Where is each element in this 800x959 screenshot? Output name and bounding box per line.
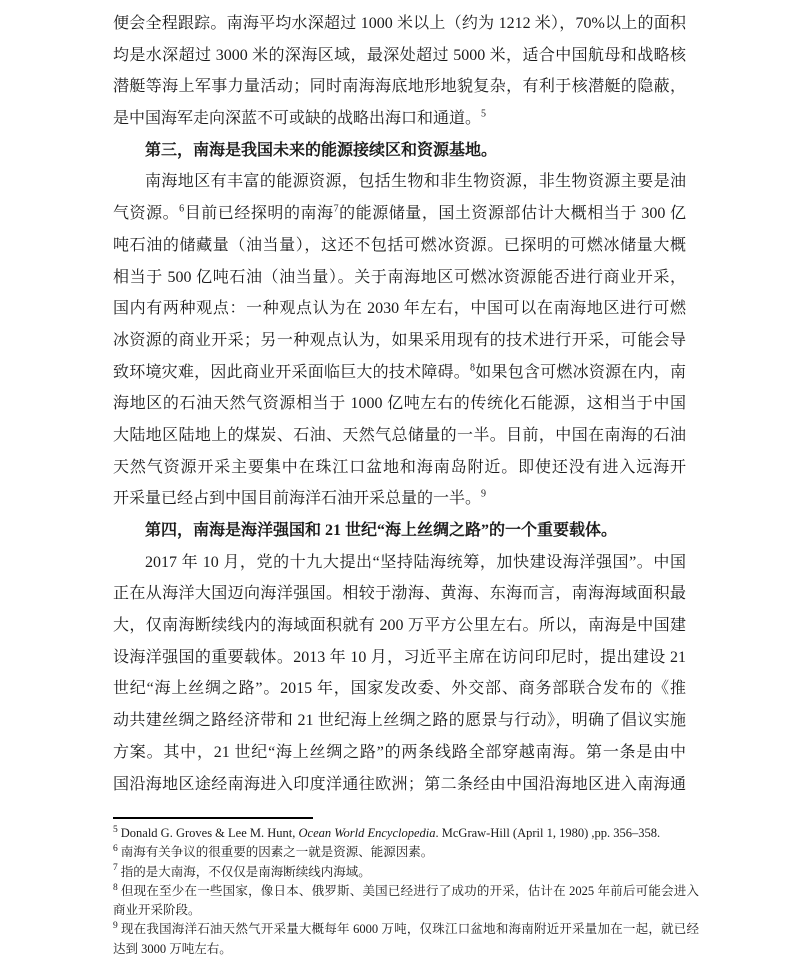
text-run: 海地区的石油天然气资源相当于 1000 亿吨左右的传统化石能源，这相当于中国 bbox=[113, 395, 686, 412]
text-line: 均是水深超过 3000 米的深海区域，最深处超过 5000 米，适合中国航母和战… bbox=[113, 40, 686, 72]
text-line: 潜艇等海上军事力量活动；同时南海海底地形地貌复杂，有利于核潜艇的隐蔽， bbox=[113, 71, 686, 103]
text-line: 正在从海洋大国迈向海洋强国。相较于渤海、黄海、东海而言，南海海域面积最 bbox=[113, 578, 686, 610]
text-run: 2017 年 10 月，党的十九大提出“坚持陆海统筹，加快建设海洋强国”。中国 bbox=[145, 554, 686, 571]
footnote-number: 9 bbox=[113, 921, 118, 931]
text-run: . McGraw-Hill (April 1, 1980) ,pp. 356–3… bbox=[436, 826, 661, 840]
text-run: 大，仅南海断续线内的海域面积就有 200 万平方公里左右。所以，南海是中国建 bbox=[113, 617, 686, 634]
italic-text: Ocean World Encyclopedia bbox=[299, 826, 436, 840]
text-line: 吨石油的储藏量（油当量），这还不包括可燃冰资源。已探明的可燃冰储量大概 bbox=[113, 230, 686, 262]
text-line: 气资源。6目前已经探明的南海7的能源储量，国土资源部估计大概相当于 300 亿 bbox=[113, 198, 686, 230]
text-run: 的能源储量，国土资源部估计大概相当于 300 亿 bbox=[339, 205, 686, 222]
text-line: 开采量已经占到中国目前海洋石油开采总量的一半。9 bbox=[113, 483, 686, 515]
footnote-item: 8但现在至少在一些国家，像日本、俄罗斯、美国已经进行了成功的开采，估计在 202… bbox=[113, 882, 699, 921]
text-line: 国内有两种观点：一种观点认为在 2030 年左右，中国可以在南海地区进行可燃 bbox=[113, 293, 686, 325]
text-run: 世纪“海上丝绸之路”。2015 年，国家发改委、外交部、商务部联合发布的《推 bbox=[113, 680, 686, 697]
text-run: 方案。其中，21 世纪“海上丝绸之路”的两条线路全部穿越南海。第一条是由中 bbox=[113, 744, 686, 761]
text-line: 世纪“海上丝绸之路”。2015 年，国家发改委、外交部、商务部联合发布的《推 bbox=[113, 673, 686, 705]
text-run: 相当于 500 亿吨石油（油当量）。关于南海地区可燃冰资源能否进行商业开采， bbox=[113, 269, 686, 286]
document-page: 便会全程跟踪。南海平均水深超过 1000 米以上（约为 1212 米），70%以… bbox=[0, 0, 800, 959]
text-run: 大陆地区陆地上的煤炭、石油、天然气总储量的一半。目前，中国在南海的石油 bbox=[113, 427, 686, 444]
text-run: 第三，南海是我国未来的能源接续区和资源基地。 bbox=[145, 142, 497, 159]
footnote-separator bbox=[113, 817, 313, 819]
paragraph: 便会全程跟踪。南海平均水深超过 1000 米以上（约为 1212 米），70%以… bbox=[113, 8, 686, 135]
text-line: 冰资源的商业开采；另一种观点认为，如果采用现有的技术进行开采，可能会导 bbox=[113, 325, 686, 357]
text-line: 动共建丝绸之路经济带和 21 世纪海上丝绸之路的愿景与行动》，明确了倡议实施 bbox=[113, 705, 686, 737]
text-line: 国沿海地区途经南海进入印度洋通往欧洲；第二条经由中国沿海地区进入南海通 bbox=[113, 769, 686, 801]
section-heading: 第四，南海是海洋强国和 21 世纪“海上丝绸之路”的一个重要载体。 bbox=[113, 515, 686, 547]
text-run: 正在从海洋大国迈向海洋强国。相较于渤海、黄海、东海而言，南海海域面积最 bbox=[113, 585, 686, 602]
footnote-ref: 5 bbox=[481, 109, 486, 120]
text-line: 大，仅南海断续线内的海域面积就有 200 万平方公里左右。所以，南海是中国建 bbox=[113, 610, 686, 642]
text-line: 第四，南海是海洋强国和 21 世纪“海上丝绸之路”的一个重要载体。 bbox=[113, 515, 686, 547]
text-run: 便会全程跟踪。南海平均水深超过 1000 米以上（约为 1212 米），70%以… bbox=[113, 15, 686, 32]
paragraph: 2017 年 10 月，党的十九大提出“坚持陆海统筹，加快建设海洋强国”。中国正… bbox=[113, 547, 686, 801]
text-run: 天然气资源开采主要集中在珠江口盆地和海南岛附近。即使还没有进入远海开发， bbox=[113, 459, 686, 484]
text-run: 南海地区有丰富的能源资源，包括生物和非生物资源，非生物资源主要是油 bbox=[145, 173, 686, 190]
text-line: 方案。其中，21 世纪“海上丝绸之路”的两条线路全部穿越南海。第一条是由中 bbox=[113, 737, 686, 769]
text-run: 国沿海地区途经南海进入印度洋通往欧洲；第二条经由中国沿海地区进入南海通 bbox=[113, 776, 686, 793]
footnote-number: 8 bbox=[113, 883, 118, 893]
text-run: 冰资源的商业开采；另一种观点认为，如果采用现有的技术进行开采，可能会导 bbox=[113, 332, 686, 349]
text-run: 南海有关争议的很重要的因素之一就是资源、能源因素。 bbox=[121, 845, 434, 859]
section-heading: 第三，南海是我国未来的能源接续区和资源基地。 bbox=[113, 135, 686, 167]
text-line: 南海地区有丰富的能源资源，包括生物和非生物资源，非生物资源主要是油 bbox=[113, 166, 686, 198]
text-run: 目前已经探明的南海 bbox=[184, 205, 333, 222]
text-run: 但现在至少在一些国家，像日本、俄罗斯、美国已经进行了成功的开采，估计在 2025… bbox=[113, 884, 699, 917]
text-line: 致环境灾难，因此商业开采面临巨大的技术障碍。8如果包含可燃冰资源在内，南 bbox=[113, 357, 686, 389]
text-line: 第三，南海是我国未来的能源接续区和资源基地。 bbox=[113, 135, 686, 167]
footnote-item: 5Donald G. Groves & Lee M. Hunt, Ocean W… bbox=[113, 824, 699, 843]
text-run: 如果包含可燃冰资源在内，南 bbox=[475, 364, 686, 381]
text-run: 气资源。 bbox=[113, 205, 179, 222]
text-run: 指的是大南海，不仅仅是南海断续线内海域。 bbox=[121, 865, 371, 879]
text-run: 动共建丝绸之路经济带和 21 世纪海上丝绸之路的愿景与行动》，明确了倡议实施 bbox=[113, 712, 686, 729]
text-run: 潜艇等海上军事力量活动；同时南海海底地形地貌复杂，有利于核潜艇的隐蔽， bbox=[113, 78, 686, 95]
footnote-number: 6 bbox=[113, 844, 118, 854]
text-run: 吨石油的储藏量（油当量），这还不包括可燃冰资源。已探明的可燃冰储量大概 bbox=[113, 237, 686, 254]
text-run: 国内有两种观点：一种观点认为在 2030 年左右，中国可以在南海地区进行可燃 bbox=[113, 300, 686, 317]
text-run: 是中国海军走向深蓝不可或缺的战略出海口和通道。 bbox=[113, 110, 481, 127]
text-line: 便会全程跟踪。南海平均水深超过 1000 米以上（约为 1212 米），70%以… bbox=[113, 8, 686, 40]
text-run: 现在我国海洋石油天然气开采量大概每年 6000 万吨，仅珠江口盆地和海南附近开采… bbox=[113, 922, 699, 955]
footnote-item: 6南海有关争议的很重要的因素之一就是资源、能源因素。 bbox=[113, 843, 699, 862]
footnote-ref: 9 bbox=[481, 489, 486, 500]
footnote-item: 9现在我国海洋石油天然气开采量大概每年 6000 万吨，仅珠江口盆地和海南附近开… bbox=[113, 920, 699, 959]
text-run: 第四，南海是海洋强国和 21 世纪“海上丝绸之路”的一个重要载体。 bbox=[145, 522, 617, 539]
footnotes-section: 5Donald G. Groves & Lee M. Hunt, Ocean W… bbox=[113, 824, 699, 959]
text-run: 开采量已经占到中国目前海洋石油开采总量的一半。 bbox=[113, 490, 481, 507]
footnote-number: 7 bbox=[113, 863, 118, 873]
text-line: 天然气资源开采主要集中在珠江口盆地和海南岛附近。即使还没有进入远海开发， bbox=[113, 452, 686, 484]
text-line: 是中国海军走向深蓝不可或缺的战略出海口和通道。5 bbox=[113, 103, 686, 135]
text-run: Donald G. Groves & Lee M. Hunt, bbox=[121, 826, 299, 840]
text-line: 海地区的石油天然气资源相当于 1000 亿吨左右的传统化石能源，这相当于中国 bbox=[113, 388, 686, 420]
document-body: 便会全程跟踪。南海平均水深超过 1000 米以上（约为 1212 米），70%以… bbox=[113, 8, 686, 800]
text-run: 致环境灾难，因此商业开采面临巨大的技术障碍。 bbox=[113, 364, 470, 381]
text-run: 设海洋强国的重要载体。2013 年 10 月，习近平主席在访问印尼时，提出建设 … bbox=[113, 649, 686, 666]
text-line: 2017 年 10 月，党的十九大提出“坚持陆海统筹，加快建设海洋强国”。中国 bbox=[113, 547, 686, 579]
footnote-item: 7指的是大南海，不仅仅是南海断续线内海域。 bbox=[113, 863, 699, 882]
text-run: 均是水深超过 3000 米的深海区域，最深处超过 5000 米，适合中国航母和战… bbox=[113, 47, 686, 64]
text-line: 相当于 500 亿吨石油（油当量）。关于南海地区可燃冰资源能否进行商业开采， bbox=[113, 262, 686, 294]
text-line: 设海洋强国的重要载体。2013 年 10 月，习近平主席在访问印尼时，提出建设 … bbox=[113, 642, 686, 674]
text-line: 大陆地区陆地上的煤炭、石油、天然气总储量的一半。目前，中国在南海的石油 bbox=[113, 420, 686, 452]
footnote-number: 5 bbox=[113, 825, 118, 835]
paragraph: 南海地区有丰富的能源资源，包括生物和非生物资源，非生物资源主要是油气资源。6目前… bbox=[113, 166, 686, 515]
